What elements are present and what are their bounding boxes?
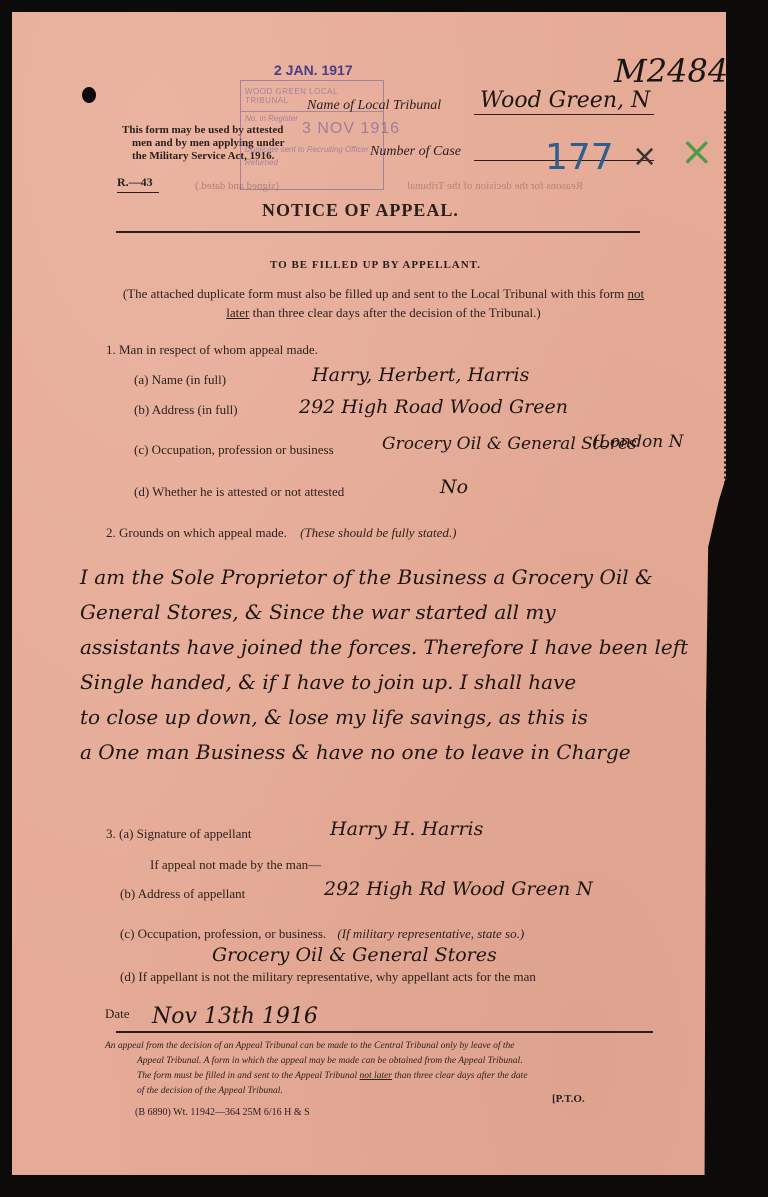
section-heading: TO BE FILLED UP BY APPELLANT.	[270, 259, 481, 271]
appellant-address-value: 292 High Rd Wood Green N	[324, 878, 593, 900]
perforation-line	[724, 110, 726, 1100]
appellant-occupation-value: Grocery Oil & General Stores	[212, 944, 497, 966]
grounds-line: I am the Sole Proprietor of the Business…	[80, 560, 710, 595]
received-date-stamp: 2 JAN. 1917	[274, 62, 353, 78]
punch-hole	[82, 87, 96, 103]
print-code: (B 6890) Wt. 11942—364 25M 6/16 H & S	[135, 1107, 310, 1118]
appellant-reason-label: (d) If appellant is not the military rep…	[120, 969, 536, 985]
instructions-text: than three clear days after the decision…	[249, 305, 540, 320]
case-number-label: Number of Case	[370, 144, 461, 160]
archive-reference: M2484:	[614, 52, 739, 90]
footer-line: An appeal from the decision of an Appeal…	[105, 1039, 645, 1054]
case-number-value: 177	[545, 137, 614, 178]
grounds-text: I am the Sole Proprietor of the Business…	[80, 560, 710, 770]
instructions: (The attached duplicate form must also b…	[116, 284, 651, 322]
footer-note: An appeal from the decision of an Appeal…	[105, 1039, 645, 1099]
offset-mirror-text: Reasons for the decision of the Tribunal	[407, 180, 583, 192]
grounds-line: a One man Business & have no one to leav…	[80, 735, 710, 770]
grounds-line: assistants have joined the forces. There…	[80, 630, 710, 665]
page-title: NOTICE OF APPEAL.	[262, 200, 459, 221]
field-name-value: Harry, Herbert, Harris	[312, 364, 529, 386]
appeal-form-page: This form may be used by attested men an…	[12, 12, 726, 1175]
section2-heading: 2. Grounds on which appeal made. (These …	[106, 525, 456, 541]
field-occupation-note: (London N	[592, 432, 683, 452]
offset-mirror-text: (signed and dated.)	[195, 180, 279, 192]
footer-line: Appeal Tribunal. A form in which the app…	[137, 1054, 645, 1069]
stamp-row: Duplicate sent to Recruiting Officer	[241, 143, 383, 156]
appellant-occupation-label: (c) Occupation, profession, or business.…	[120, 926, 524, 942]
field-attested-label: (d) Whether he is attested or not attest…	[134, 484, 344, 500]
detach-instruction: ....Detach duplicate along this line....…	[717, 521, 732, 712]
field-name-label: (a) Name (in full)	[134, 372, 226, 388]
appellant-occupation-label-text: (c) Occupation, profession, or business.	[120, 926, 326, 941]
footer-text: The form must be filled in and sent to t…	[137, 1071, 360, 1081]
grounds-line: Single handed, & if I have to join up. I…	[80, 665, 710, 700]
tribunal-value: Wood Green, N	[480, 88, 650, 113]
green-cross-mark: ×	[680, 129, 714, 175]
signature-value: Harry H. Harris	[330, 818, 483, 840]
tribunal-field-line	[474, 114, 654, 115]
footer-text: than three clear days after the date	[392, 1071, 528, 1081]
stamp-row: Returned	[241, 156, 383, 169]
form-id: R.—43	[117, 175, 159, 193]
section2-heading-text: 2. Grounds on which appeal made.	[106, 525, 287, 540]
grounds-line: General Stores, & Since the war started …	[80, 595, 710, 630]
field-occupation-label: (c) Occupation, profession or business	[134, 442, 334, 458]
tribunal-label: Name of Local Tribunal	[307, 98, 441, 114]
field-attested-value: No	[440, 476, 468, 498]
if-not-by-man-label: If appeal not made by the man—	[150, 857, 321, 873]
field-address-value: 292 High Road Wood Green	[299, 396, 568, 418]
title-rule	[116, 231, 640, 233]
appellant-address-label: (b) Address of appellant	[120, 886, 245, 902]
appellant-occupation-note: (If military representative, state so.)	[337, 926, 524, 941]
date-label: Date	[105, 1006, 130, 1022]
grounds-line: to close up down, & lose my life savings…	[80, 700, 710, 735]
pto-marker: [P.T.O.	[552, 1093, 585, 1105]
field-address-label: (b) Address (in full)	[134, 402, 238, 418]
instructions-text: (The attached duplicate form must also b…	[123, 286, 628, 301]
date-value: Nov 13th 1916	[152, 1004, 318, 1029]
section2-note: (These should be fully stated.)	[300, 525, 456, 540]
stamp-register-date: 3 NOV 1916	[302, 120, 400, 138]
black-cross-mark: ×	[632, 139, 657, 174]
footer-emphasis: not later	[360, 1071, 392, 1081]
date-rule	[116, 1031, 653, 1033]
signature-label: 3. (a) Signature of appellant	[106, 826, 251, 842]
section1-heading: 1. Man in respect of whom appeal made.	[106, 342, 318, 358]
footer-line: The form must be filled in and sent to t…	[137, 1069, 645, 1084]
